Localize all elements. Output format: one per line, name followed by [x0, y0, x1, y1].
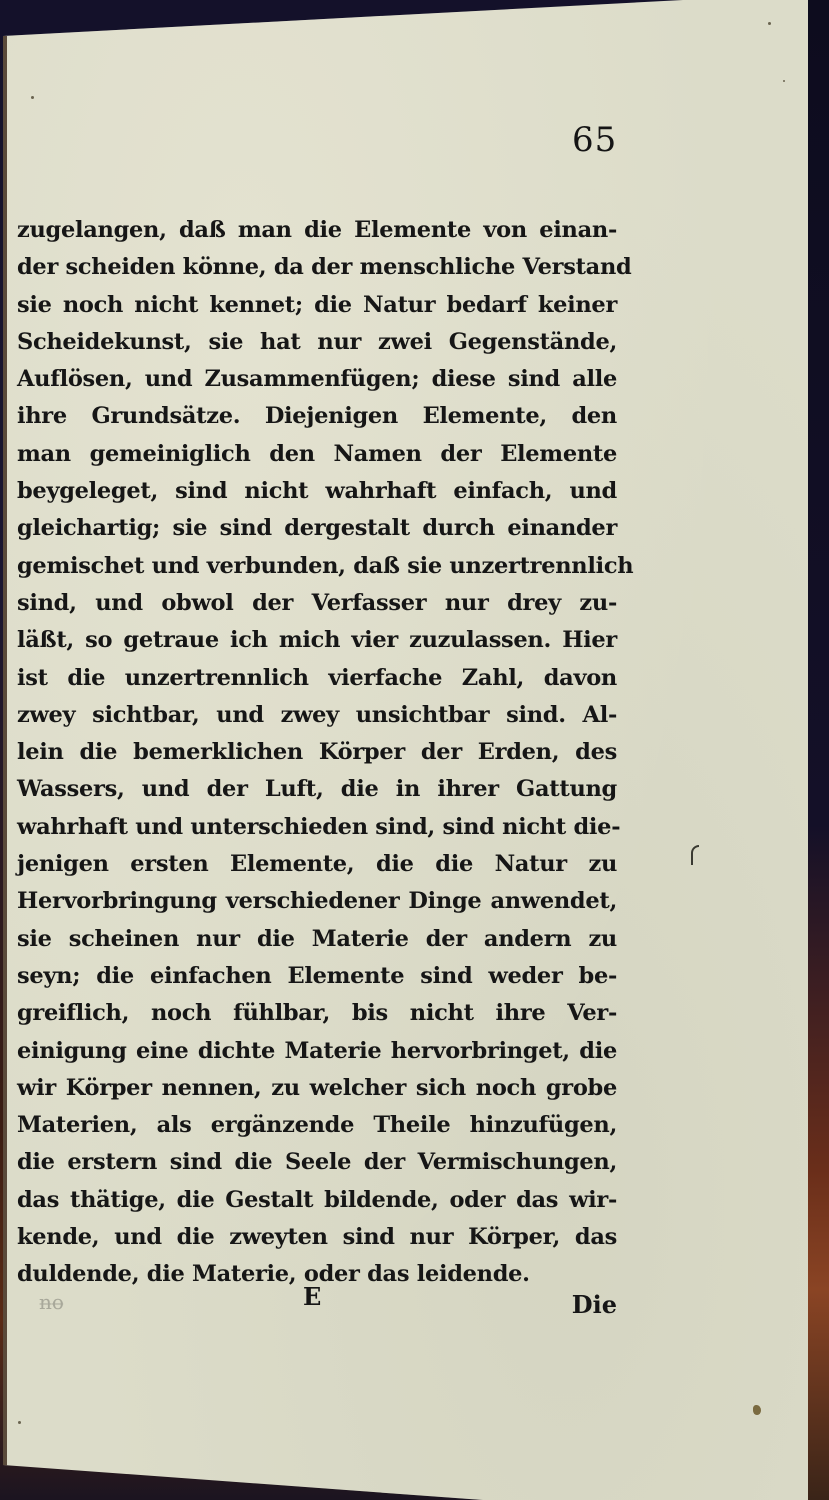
text-line: läßt, so getraue ich mich vier zuzulasse… — [17, 622, 617, 659]
text-line: das thätige, die Gestalt bildende, oder … — [17, 1182, 617, 1219]
page-footer: n̶o̶ E Die — [17, 1282, 617, 1322]
faint-marginal-mark: n̶o̶ — [39, 1290, 64, 1314]
text-line: jenigen ersten Elemente, die die Natur z… — [17, 846, 617, 883]
text-line: einigung eine dichte Materie hervorbring… — [17, 1033, 617, 1070]
stray-ink-mark — [691, 845, 699, 865]
body-text: zugelangen, daß man die Elemente von ein… — [17, 212, 617, 1294]
signature-mark: E — [303, 1282, 321, 1311]
text-line: man gemeiniglich den Namen der Elemente — [17, 436, 617, 473]
text-line: ihre Grundsätze. Diejenigen Elemente, de… — [17, 398, 617, 435]
text-line: sie scheinen nur die Materie der andern … — [17, 921, 617, 958]
scan-edge-strip — [808, 0, 829, 1500]
text-line: gemischet und verbunden, daß sie unzertr… — [17, 548, 617, 585]
paper-speck — [768, 22, 771, 25]
text-line: beygeleget, sind nicht wahrhaft einfach,… — [17, 473, 617, 510]
text-line: seyn; die einfachen Elemente sind weder … — [17, 958, 617, 995]
text-line: Materien, als ergänzende Theile hinzufüg… — [17, 1107, 617, 1144]
text-line: wir Körper nennen, zu welcher sich noch … — [17, 1070, 617, 1107]
text-line: zwey sichtbar, und zwey unsichtbar sind.… — [17, 697, 617, 734]
text-line: lein die bemerklichen Körper der Erden, … — [17, 734, 617, 771]
text-line: Auflösen, und Zusammenfügen; diese sind … — [17, 361, 617, 398]
text-line: Scheidekunst, sie hat nur zwei Gegenstän… — [17, 324, 617, 361]
text-line: wahrhaft und unterschieden sind, sind ni… — [17, 809, 617, 846]
text-line: kende, und die zweyten sind nur Körper, … — [17, 1219, 617, 1256]
book-page: 65 zugelangen, daß man die Elemente von … — [3, 0, 810, 1500]
catchword: Die — [572, 1290, 617, 1319]
text-line: sie noch nicht kennet; die Natur bedarf … — [17, 287, 617, 324]
text-line: sind, und obwol der Verfasser nur drey z… — [17, 585, 617, 622]
text-line: gleichartig; sie sind dergestalt durch e… — [17, 510, 617, 547]
text-line: Wassers, und der Luft, die in ihrer Gatt… — [17, 771, 617, 808]
text-line: zugelangen, daß man die Elemente von ein… — [17, 212, 617, 249]
text-line: ist die unzertrennlich vierfache Zahl, d… — [17, 660, 617, 697]
text-line: Hervorbringung verschiedener Dinge anwen… — [17, 883, 617, 920]
paper-speck — [18, 1421, 21, 1424]
page-gutter-edge — [3, 36, 7, 1466]
paper-speck — [31, 96, 34, 99]
paper-speck — [753, 1405, 761, 1415]
page-number: 65 — [572, 120, 617, 160]
text-line: der scheiden könne, da der menschliche V… — [17, 249, 617, 286]
paper-speck — [783, 80, 785, 82]
text-line: die erstern sind die Seele der Vermischu… — [17, 1144, 617, 1181]
text-line: greiflich, noch fühlbar, bis nicht ihre … — [17, 995, 617, 1032]
